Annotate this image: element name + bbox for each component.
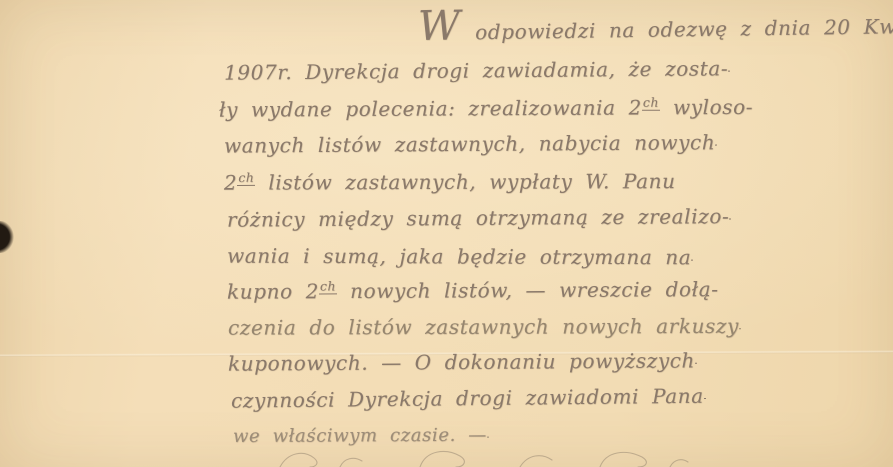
scanned-letter-page: W odpowiedzi na odezwę z dnia 20 Kwietni… <box>0 0 893 467</box>
letter-line-9: czenia do listów zastawnych nowych arkus… <box>228 313 741 339</box>
letter-line-7: wania i sumą, jaka będzie otrzymana na <box>227 243 693 269</box>
line-text: wyloso- <box>660 95 753 119</box>
line-text: czynności Dyrekcja drogi zawiadomi Pana <box>231 384 704 413</box>
line-text: 1907r. Dyrekcja drogi zawiadamia, że zos… <box>224 56 728 84</box>
letter-line-10: kuponowych. — O dokonaniu powyższych <box>228 348 697 376</box>
line-text: kupno 2 <box>227 279 319 303</box>
letter-line-2: 1907r. Dyrekcja drogi zawiadamia, że zos… <box>224 56 730 85</box>
letter-line-3: ły wydane polecenia: zrealizowania 2ch w… <box>219 94 753 121</box>
letter-line-6: różnicy między sumą otrzymaną ze zrealiz… <box>227 203 731 231</box>
line-text: listów zastawnych, wypłaty W. Panu <box>255 169 675 194</box>
line-text: nowych listów, — wreszcie dołą- <box>337 277 719 303</box>
superscript <box>487 424 489 438</box>
line-text: wanych listów zastawnych, nabycia nowych <box>224 130 715 157</box>
line-text: W odpowiedzi na odezwę z dnia 20 Kwietni… <box>418 13 893 45</box>
superscript: ch <box>642 95 660 111</box>
letter-line-1: W odpowiedzi na odezwę z dnia 20 Kwietni… <box>418 6 893 45</box>
line-text: kuponowych. — O dokonaniu powyższych <box>228 348 695 375</box>
line-text: we właściwym czasie. — <box>233 425 487 447</box>
superscript <box>729 203 731 219</box>
line-text: 2 <box>224 171 237 195</box>
line-text: czenia do listów zastawnych nowych arkus… <box>228 314 739 340</box>
line-text: wania i sumą, jaka będzie otrzymana na <box>227 244 691 270</box>
superscript <box>715 130 717 146</box>
superscript <box>739 313 741 329</box>
cutoff-next-line-flourish <box>270 448 690 467</box>
letter-line-12: we właściwym czasie. — <box>233 424 489 447</box>
punch-hole <box>0 221 14 253</box>
superscript <box>704 383 706 399</box>
letter-line-4: wanych listów zastawnych, nabycia nowych <box>224 130 717 158</box>
letter-line-5: 2ch listów zastawnych, wypłaty W. Panu <box>224 168 676 194</box>
superscript: ch <box>237 170 255 186</box>
line-text: ły wydane polecenia: zrealizowania 2 <box>219 95 642 121</box>
superscript <box>691 245 693 261</box>
superscript: ch <box>319 278 337 294</box>
line-text: różnicy między sumą otrzymaną ze zrealiz… <box>227 204 729 232</box>
letter-line-8: kupno 2ch nowych listów, — wreszcie dołą… <box>227 276 719 303</box>
superscript <box>728 56 730 72</box>
letter-line-11: czynności Dyrekcja drogi zawiadomi Pana <box>231 383 706 413</box>
superscript <box>695 348 697 364</box>
